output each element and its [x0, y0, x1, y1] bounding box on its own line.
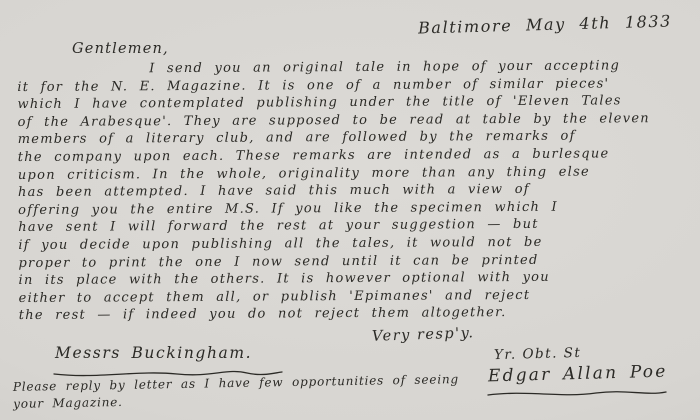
- letter-body: I send you an original tale in hope of y…: [17, 57, 689, 325]
- body-line: the rest — if indeed you do not reject t…: [19, 303, 689, 325]
- signature-underline-flourish-icon: [486, 386, 668, 405]
- signature: Edgar Allan Poe: [488, 362, 668, 387]
- salutation: Gentlemen,: [72, 41, 169, 57]
- valediction: Yr. Obt. St: [494, 345, 582, 363]
- closing: Very resp'y.: [372, 325, 475, 345]
- letter-page: Baltimore May 4th 1833 Gentlemen, I send…: [0, 0, 700, 420]
- postscript: Please reply by letter as I have few opp…: [13, 371, 460, 413]
- addressee: Messrs Buckingham.: [55, 344, 252, 362]
- dateline: Baltimore May 4th 1833: [418, 11, 672, 37]
